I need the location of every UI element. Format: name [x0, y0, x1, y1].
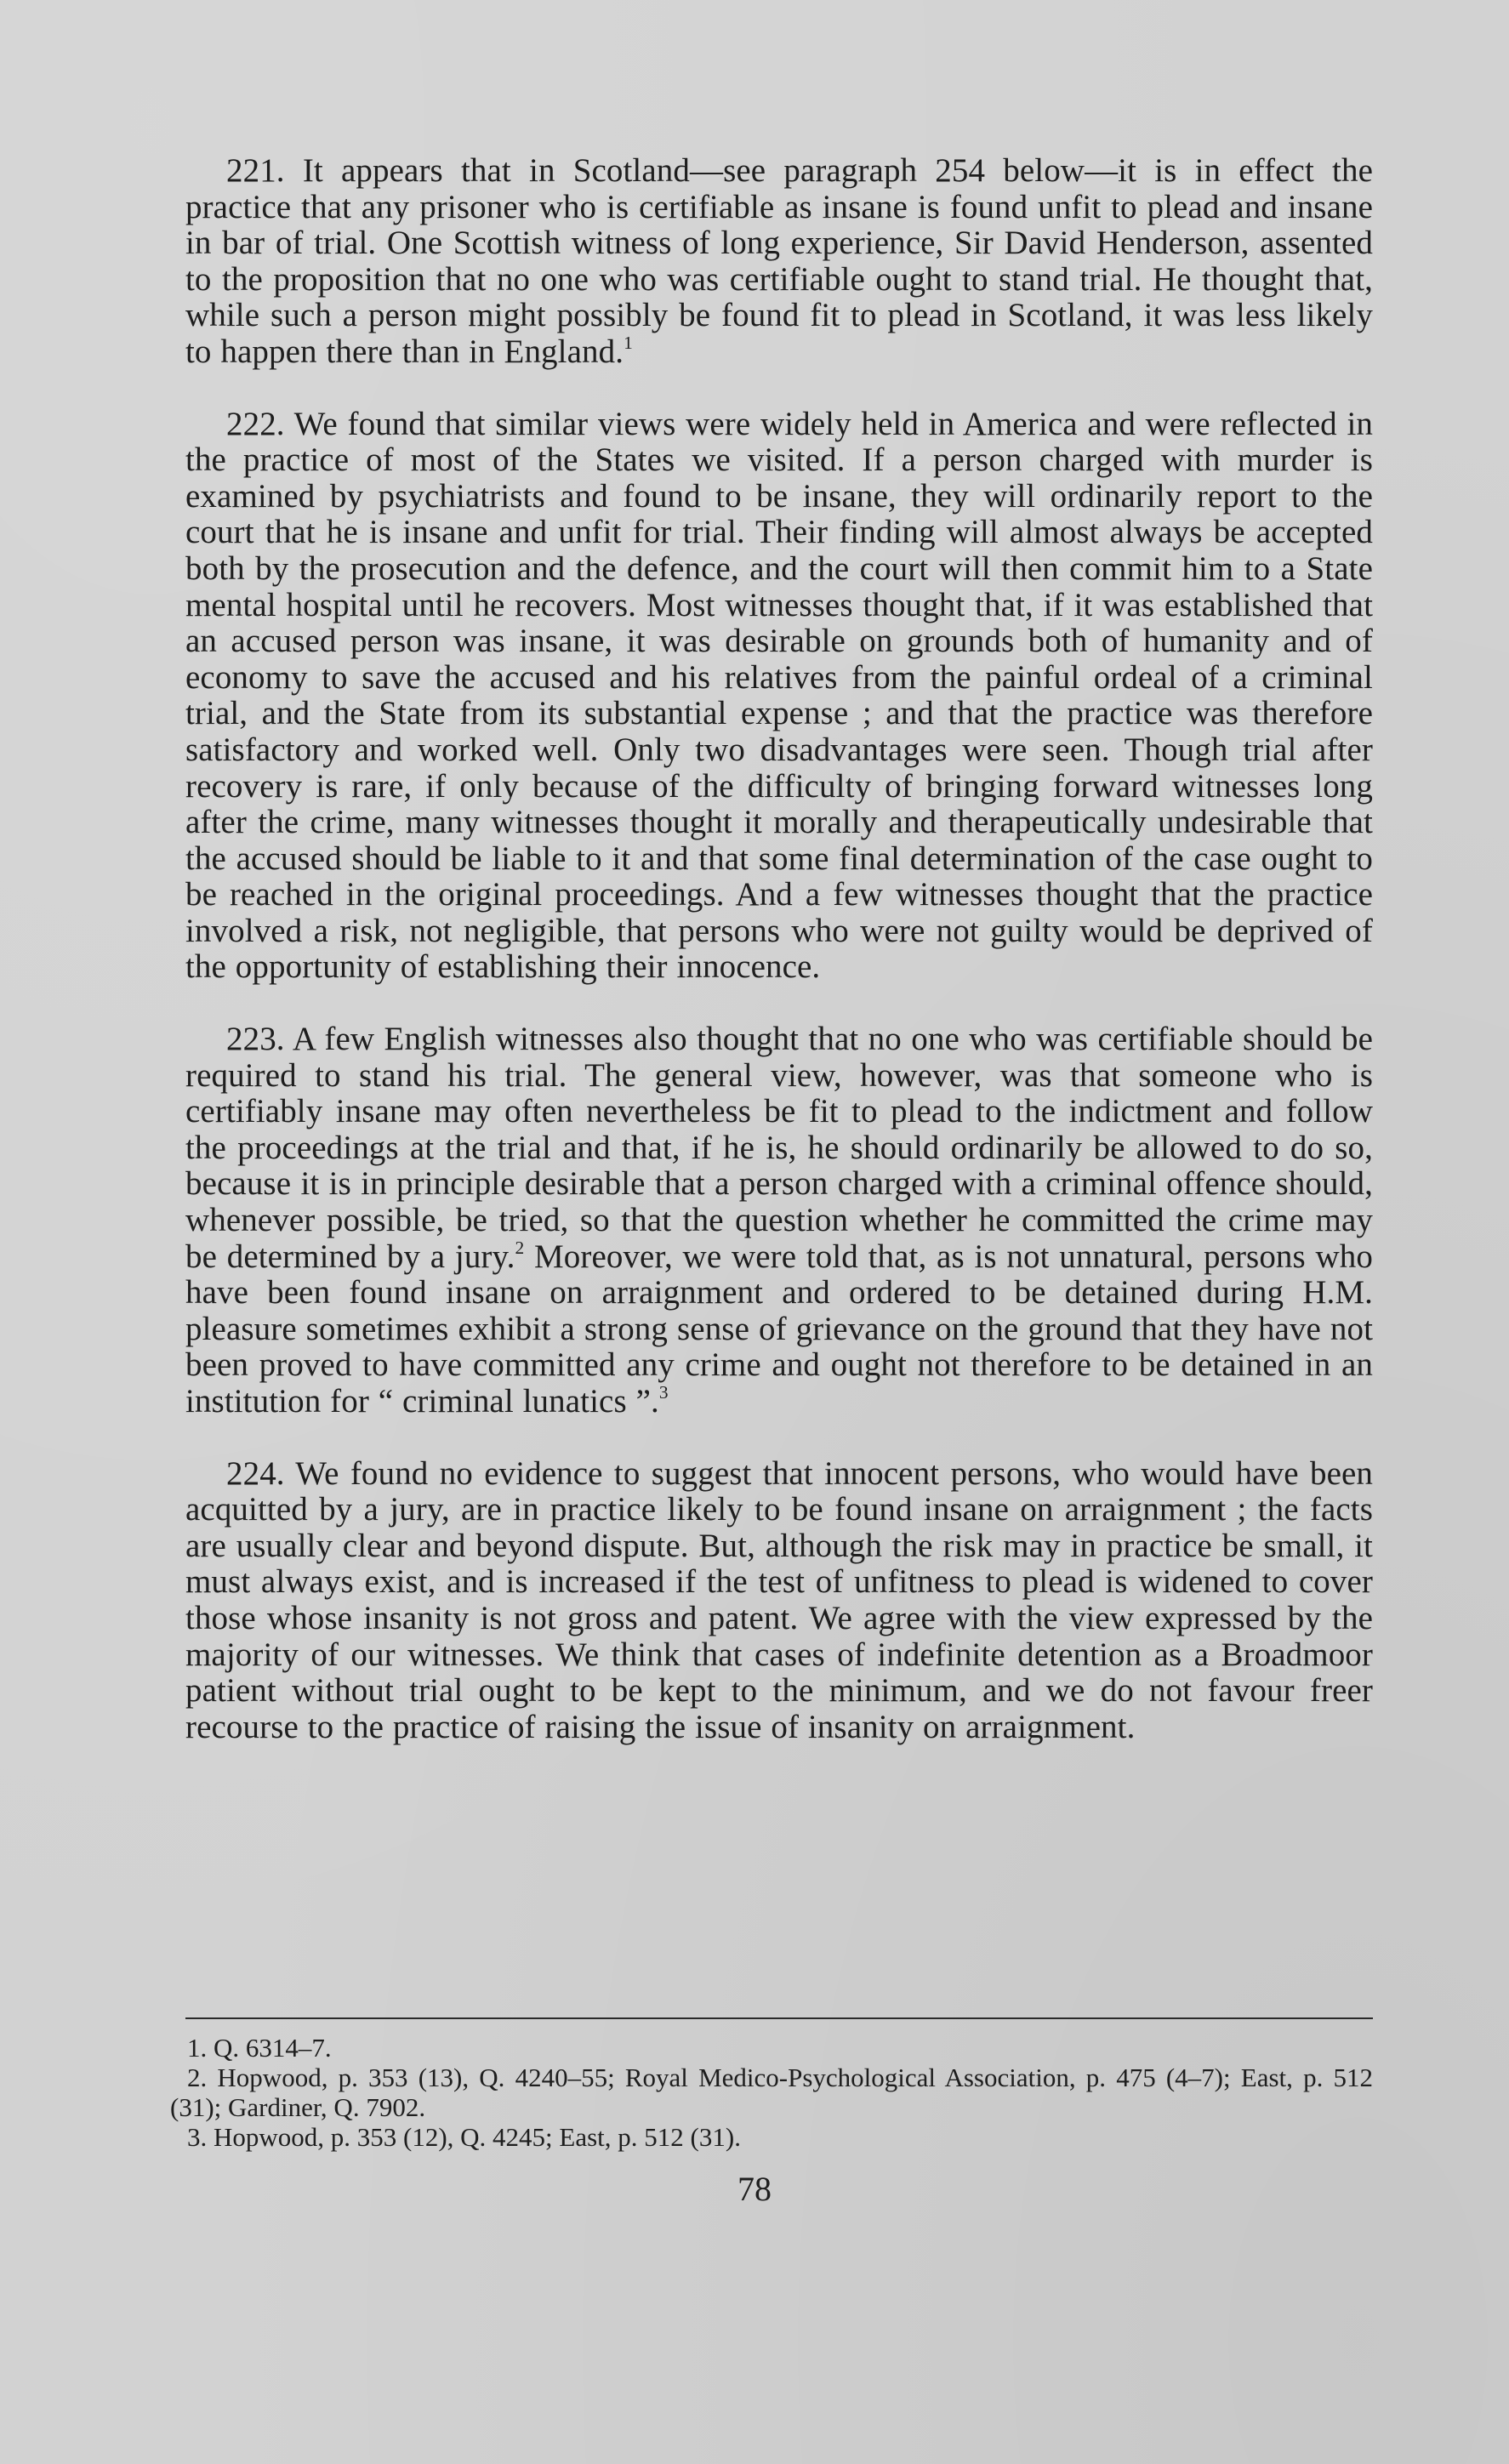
paragraph-221: 221. It appears that in Scotland—see par…: [185, 153, 1373, 371]
footnote-ref: 1: [624, 333, 633, 353]
page-body: 221. It appears that in Scotland—see par…: [185, 153, 1373, 1781]
paragraph-text: We found that similar views were widely …: [185, 406, 1373, 986]
paragraph-text: It appears that in Scotland—see paragrap…: [185, 152, 1373, 370]
footnotes: 1. Q. 6314–7. 2. Hopwood, p. 353 (13), Q…: [170, 2033, 1373, 2152]
paragraph-224: 224. We found no evidence to suggest tha…: [185, 1456, 1373, 1746]
footnote-ref: 3: [659, 1382, 669, 1403]
paragraph-text: We found no evidence to suggest that inn…: [185, 1455, 1373, 1745]
footnote-2: 2. Hopwood, p. 353 (13), Q. 4240–55; Roy…: [170, 2063, 1373, 2122]
paragraph-222: 222. We found that similar views were wi…: [185, 407, 1373, 987]
footnote-divider: [185, 2017, 1373, 2019]
paragraph-number: 224.: [226, 1455, 285, 1492]
paragraph-number: 221.: [226, 152, 285, 189]
footnote-ref: 2: [515, 1238, 524, 1258]
paragraph-number: 222.: [226, 406, 285, 442]
footnote-3: 3. Hopwood, p. 353 (12), Q. 4245; East, …: [170, 2122, 1373, 2152]
paragraph-223: 223. A few English witnesses also though…: [185, 1021, 1373, 1420]
paragraph-number: 223.: [226, 1021, 285, 1057]
paragraph-text: A few English witnesses also thought tha…: [185, 1021, 1373, 1275]
footnote-1: 1. Q. 6314–7.: [170, 2033, 1373, 2063]
page-number: 78: [0, 2169, 1509, 2209]
